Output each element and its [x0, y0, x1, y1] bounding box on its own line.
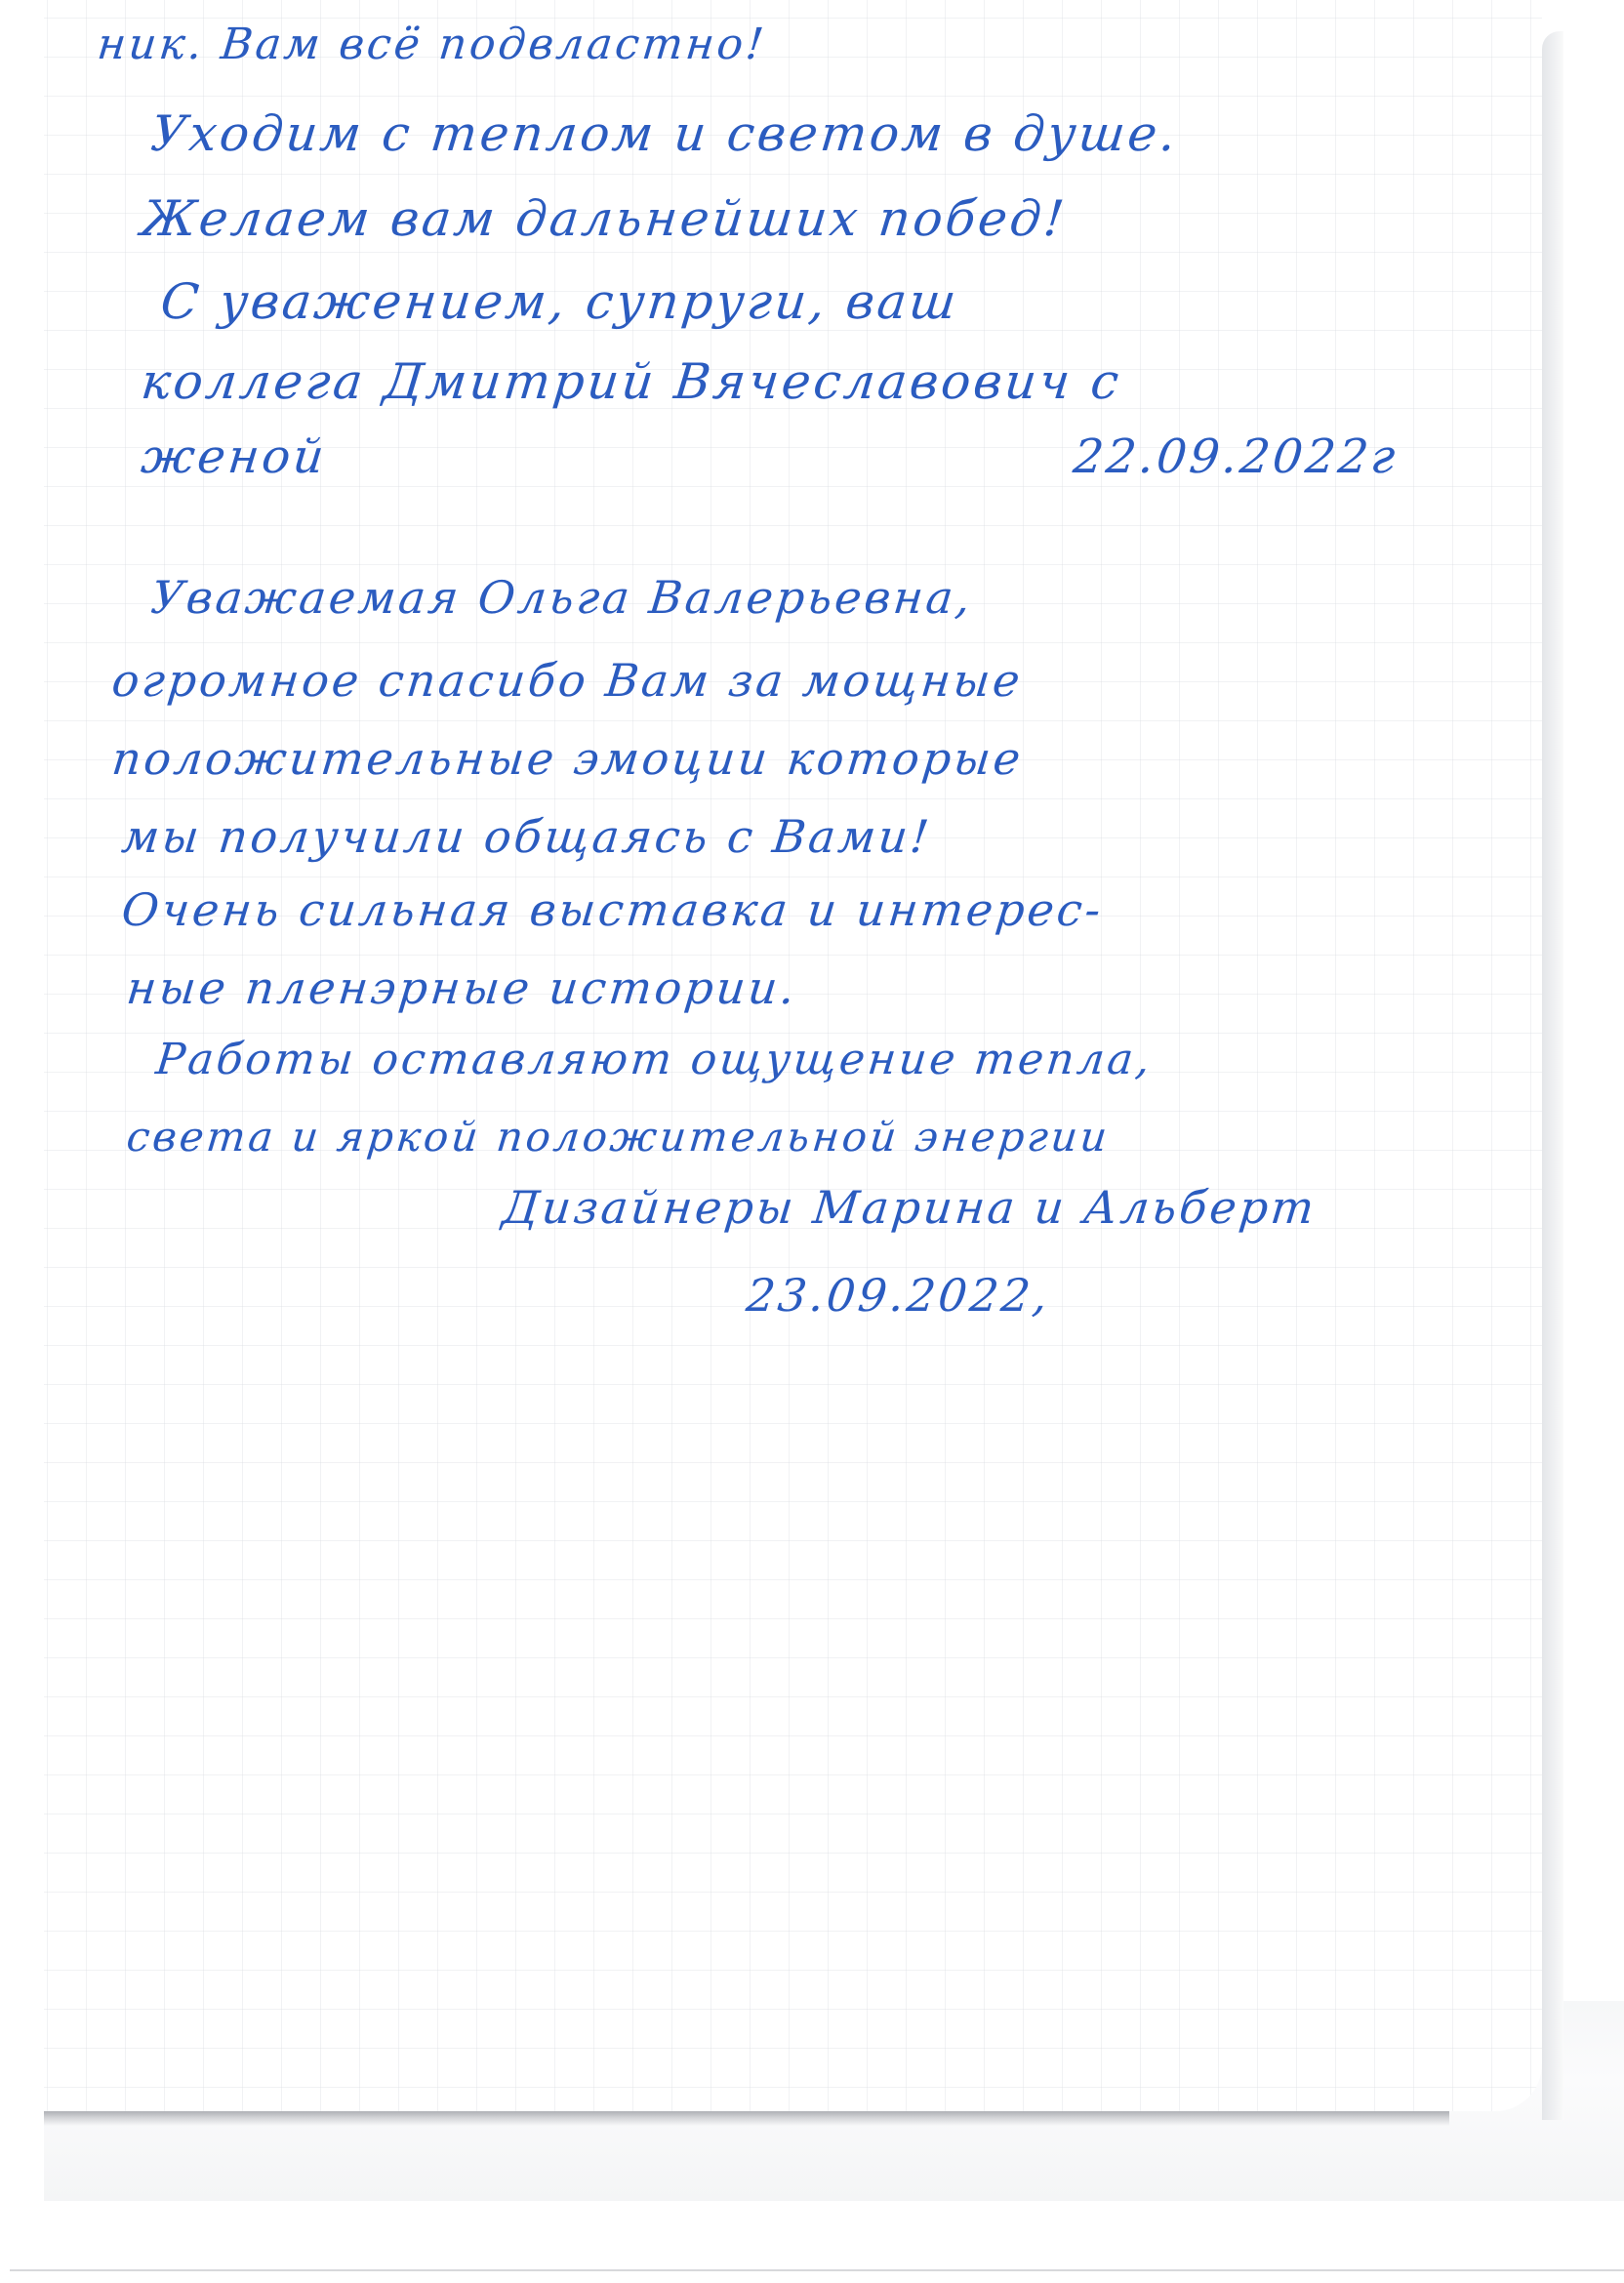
- entry-line: огромное спасибо Вам за мощные: [109, 654, 1025, 707]
- entry-line: Уважаемая Ольга Валерьевна,: [148, 571, 976, 624]
- entry-line: ник. Вам всё подвластно!: [95, 20, 768, 69]
- entry-line: ные пленэрные истории.: [124, 961, 800, 1014]
- entry-line: женой: [139, 429, 329, 484]
- scan-border: [10, 2269, 1624, 2271]
- page-edge-shadow: [44, 2110, 1449, 2126]
- entry-line: С уважением, супруги, ваш: [158, 273, 961, 330]
- entry-date: 23.09.2022,: [744, 1269, 1053, 1322]
- page-edge-right: [1542, 31, 1563, 2120]
- entry-date: 22.09.2022г: [1071, 429, 1401, 484]
- entry-line: Очень сильная выставка и интерес-: [119, 883, 1106, 936]
- notebook-page: ник. Вам всё подвластно! Уходим с теплом…: [44, 0, 1542, 2111]
- entry-signature: Дизайнеры Марина и Альберт: [500, 1181, 1319, 1234]
- entry-line: Работы оставляют ощущение тепла,: [153, 1035, 1155, 1084]
- entry-line: Уходим с теплом и светом в душе.: [148, 105, 1181, 162]
- entry-line: положительные эмоции которые: [109, 732, 1026, 785]
- entry-line: света и яркой положительной энергии: [124, 1113, 1112, 1161]
- entry-line: мы получили общаясь с Вами!: [119, 810, 934, 863]
- entry-line: коллега Дмитрий Вячеславович с: [139, 353, 1124, 410]
- entry-line: Желаем вам дальнейших побед!: [139, 190, 1070, 247]
